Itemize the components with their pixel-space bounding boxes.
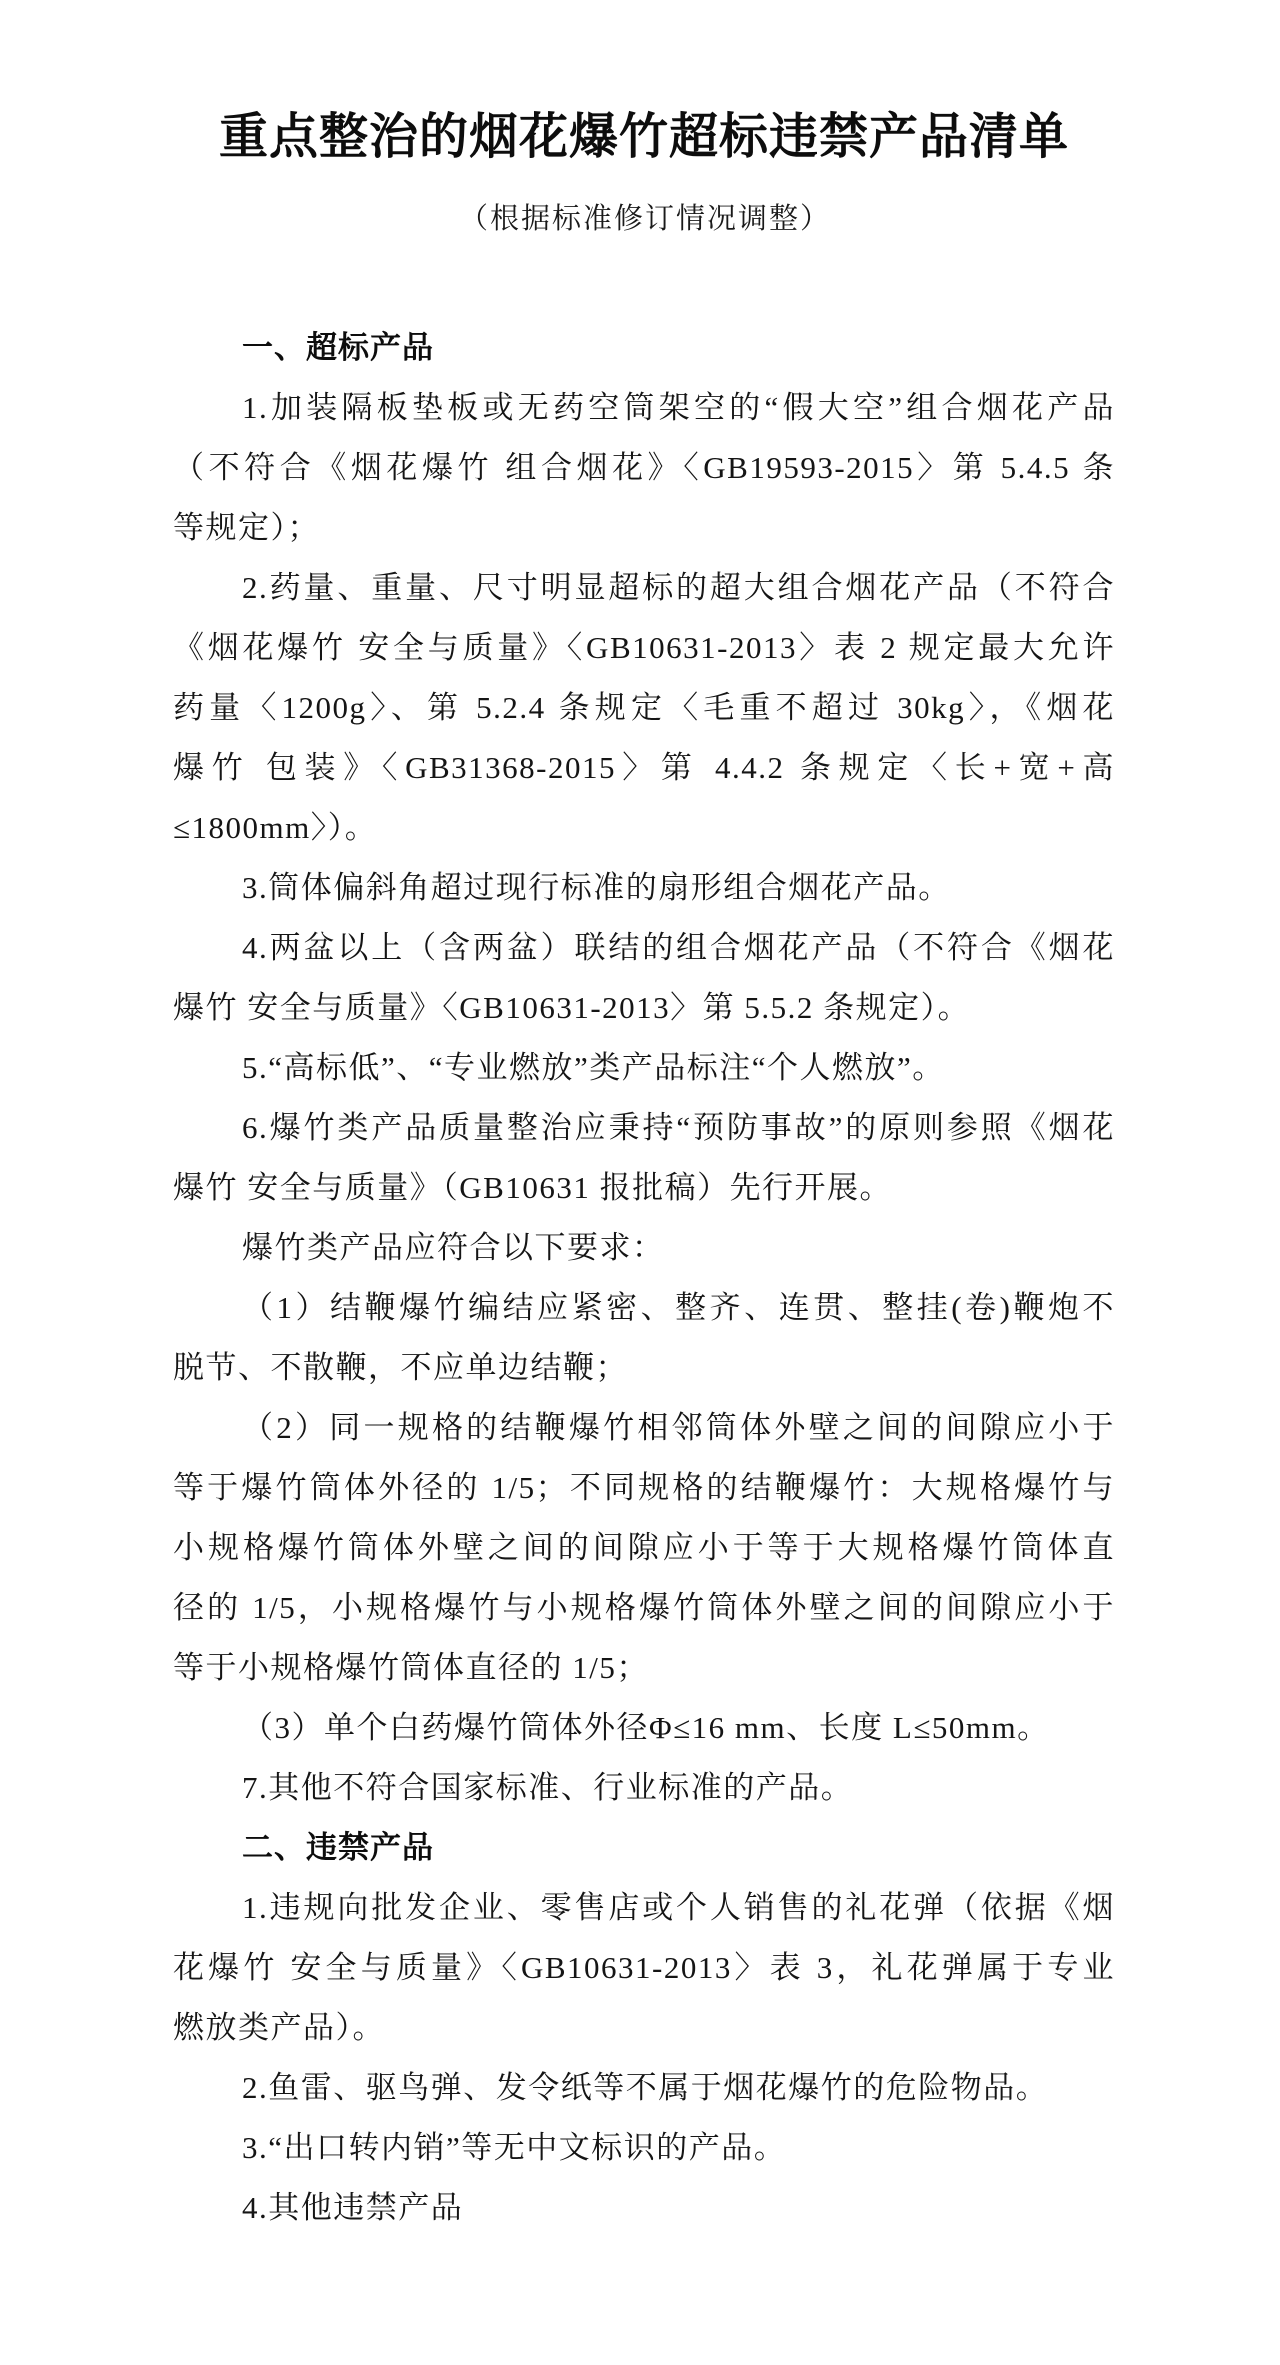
document-page: 重点整治的烟花爆竹超标违禁产品清单 （根据标准修订情况调整） 一、超标产品 1.… (0, 0, 1280, 2365)
list-item-line: 1.加装隔板垫板或无药空筒架空的“假大空”组合烟花产品 (173, 378, 1115, 438)
list-item-line: 爆竹 包装》〈GB31368-2015〉第 4.4.2 条规定〈长+宽+高 (173, 738, 1115, 798)
list-item-line: 《烟花爆竹 安全与质量》〈GB10631-2013〉表 2 规定最大允许 (173, 618, 1115, 678)
section-heading-prohibited: 二、违禁产品 (173, 1818, 1115, 1878)
requirement-line: 等于小规格爆竹筒体直径的 1/5； (173, 1638, 1115, 1698)
list-item-line: 花爆竹 安全与质量》〈GB10631-2013〉表 3，礼花弹属于专业 (173, 1938, 1115, 1998)
list-item-line: 燃放类产品）。 (173, 1998, 1115, 2058)
requirement-line: （2）同一规格的结鞭爆竹相邻筒体外壁之间的间隙应小于 (173, 1398, 1115, 1458)
list-item-line: 等规定）； (173, 498, 1115, 558)
list-item-line: （不符合《烟花爆竹 组合烟花》〈GB19593-2015〉第 5.4.5 条 (173, 438, 1115, 498)
requirements-intro: 爆竹类产品应符合以下要求： (173, 1218, 1115, 1278)
list-item-line: ≤1800mm〉）。 (173, 798, 1115, 858)
requirement-line: （1）结鞭爆竹编结应紧密、整齐、连贯、整挂(卷)鞭炮不 (173, 1278, 1115, 1338)
document-title: 重点整治的烟花爆竹超标违禁产品清单 (0, 106, 1280, 166)
list-item-line: 2.药量、重量、尺寸明显超标的超大组合烟花产品（不符合 (173, 558, 1115, 618)
requirement-line: （3）单个白药爆竹筒体外径Φ≤16 mm、长度 L≤50mm。 (173, 1698, 1115, 1758)
list-item-line: 2.鱼雷、驱鸟弹、发令纸等不属于烟花爆竹的危险物品。 (173, 2058, 1115, 2118)
list-item-line: 爆竹 安全与质量》（GB10631 报批稿）先行开展。 (173, 1158, 1115, 1218)
list-item-line: 3.“出口转内销”等无中文标识的产品。 (173, 2118, 1115, 2178)
requirement-line: 小规格爆竹筒体外壁之间的间隙应小于等于大规格爆竹筒体直 (173, 1518, 1115, 1578)
list-item-line: 7.其他不符合国家标准、行业标准的产品。 (173, 1758, 1115, 1818)
requirement-line: 径的 1/5，小规格爆竹与小规格爆竹筒体外壁之间的间隙应小于 (173, 1578, 1115, 1638)
requirement-line: 脱节、不散鞭，不应单边结鞭； (173, 1338, 1115, 1398)
list-item-line: 4.其他违禁产品 (173, 2178, 1115, 2238)
list-item-line: 3.筒体偏斜角超过现行标准的扇形组合烟花产品。 (173, 858, 1115, 918)
list-item-line: 5.“高标低”、“专业燃放”类产品标注“个人燃放”。 (173, 1038, 1115, 1098)
requirement-line: 等于爆竹筒体外径的 1/5；不同规格的结鞭爆竹：大规格爆竹与 (173, 1458, 1115, 1518)
list-item-line: 药量〈1200g〉、第 5.2.4 条规定〈毛重不超过 30kg〉，《烟花 (173, 678, 1115, 738)
section-heading-exceeding-standard: 一、超标产品 (173, 318, 1115, 378)
list-item-line: 6.爆竹类产品质量整治应秉持“预防事故”的原则参照《烟花 (173, 1098, 1115, 1158)
document-body: 一、超标产品 1.加装隔板垫板或无药空筒架空的“假大空”组合烟花产品 （不符合《… (173, 318, 1115, 2238)
document-subtitle: （根据标准修订情况调整） (0, 196, 1280, 240)
list-item-line: 爆竹 安全与质量》〈GB10631-2013〉第 5.5.2 条规定）。 (173, 978, 1115, 1038)
list-item-line: 4.两盆以上（含两盆）联结的组合烟花产品（不符合《烟花 (173, 918, 1115, 978)
list-item-line: 1.违规向批发企业、零售店或个人销售的礼花弹（依据《烟 (173, 1878, 1115, 1938)
